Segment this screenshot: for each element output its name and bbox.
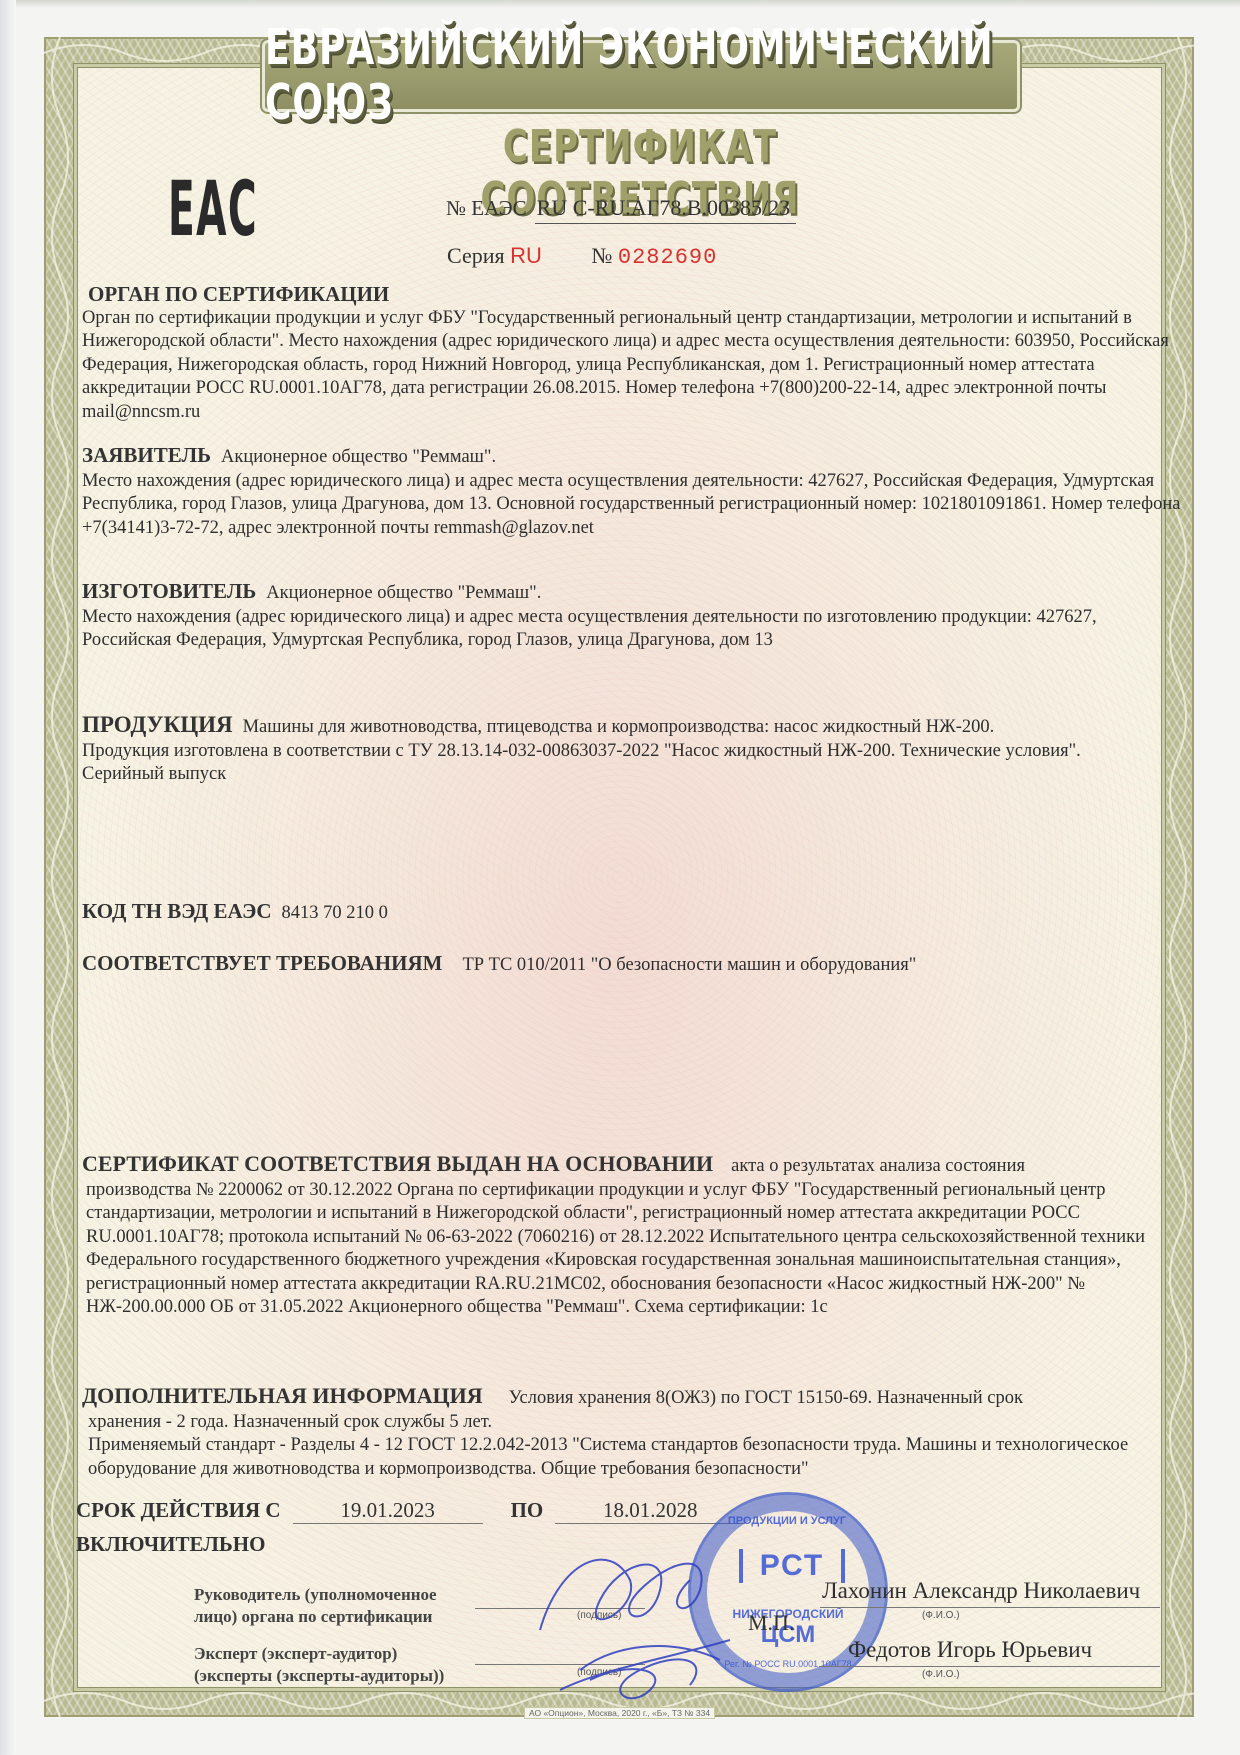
printer-imprint: АО «Опцион», Москва, 2020 г., «Б», ТЗ № …	[524, 1707, 715, 1719]
head-label-line2: лицо) органа по сертификации	[194, 1606, 437, 1628]
section-manufacturer: ИЗГОТОВИТЕЛЬАкционерное общество "Реммаш…	[82, 580, 1182, 653]
product-name: Машины для животноводства, птицеводства …	[243, 717, 995, 737]
section-hs-code: КОД ТН ВЭД ЕАЭС8413 70 210 0	[82, 900, 1182, 926]
requirements-value: ТР ТС 010/2011 "О безопасности машин и о…	[462, 955, 916, 975]
manufacturer-heading: ИЗГОТОВИТЕЛЬ	[82, 579, 256, 603]
expert-name-caption: (Ф.И.О.)	[922, 1669, 960, 1680]
scan-left-edge	[0, 0, 16, 1755]
expert-label-line1: Эксперт (эксперт-аудитор)	[194, 1643, 444, 1665]
extra-line2: хранения - 2 года. Назначенный срок служ…	[82, 1411, 1182, 1435]
series-value: RU	[510, 243, 542, 268]
seal-label: М.П.	[748, 1610, 794, 1636]
eac-mark-icon: EAC	[168, 166, 258, 254]
expert-label-line2: (эксперты (эксперты-аудиторы))	[194, 1665, 444, 1687]
validity-period: СРОК ДЕЙСТВИЯ С19.01.2023ПО18.01.2028 ВК…	[76, 1498, 759, 1557]
product-heading: ПРОДУКЦИЯ	[82, 712, 233, 737]
manufacturer-name: Акционерное общество "Реммаш".	[266, 583, 541, 603]
code-heading: КОД ТН ВЭД ЕАЭС	[82, 899, 272, 923]
applicant-text: Место нахождения (адрес юридического лиц…	[82, 470, 1182, 541]
head-signatory-label: Руководитель (уполномоченное лицо) орган…	[194, 1584, 437, 1628]
section-product: ПРОДУКЦИЯМашины для животноводства, птиц…	[82, 713, 1182, 787]
product-release: Серийный выпуск	[82, 763, 1182, 787]
requirements-heading: СООТВЕТСТВУЕТ ТРЕБОВАНИЯМ	[82, 951, 442, 975]
validity-from-label: СРОК ДЕЙСТВИЯ С	[76, 1498, 281, 1522]
expert-signatory-label: Эксперт (эксперт-аудитор) (эксперты (экс…	[194, 1643, 444, 1687]
registration-number-row: № ЕАЭСRU C-RU.АГ78.В.00385/23	[446, 195, 796, 224]
blank-number: 0282690	[618, 245, 717, 270]
blank-number-label: №	[591, 243, 612, 268]
applicant-heading: ЗАЯВИТЕЛЬ	[82, 443, 211, 467]
organ-text: Орган по сертификации продукции и услуг …	[82, 307, 1182, 425]
reg-number: RU C-RU.АГ78.В.00385/23	[535, 195, 797, 224]
section-certification-body: ОРГАН ПО СЕРТИФИКАЦИИ Орган по сертифика…	[82, 283, 1182, 424]
extra-line3: Применяемый стандарт - Разделы 4 - 12 ГО…	[82, 1434, 1182, 1481]
expert-name: Федотов Игорь Юрьевич	[848, 1637, 1092, 1663]
organ-heading: ОРГАН ПО СЕРТИФИКАЦИИ	[88, 283, 1172, 307]
union-banner: ЕВРАЗИЙСКИЙ ЭКОНОМИЧЕСКИЙ СОЮЗ	[262, 40, 1020, 112]
head-label-line1: Руководитель (уполномоченное	[194, 1584, 437, 1606]
validity-to-label: ПО	[511, 1498, 544, 1522]
section-requirements: СООТВЕТСТВУЕТ ТРЕБОВАНИЯМТР ТС 010/2011 …	[82, 952, 1182, 978]
head-signature-caption: (подпись)	[577, 1610, 621, 1621]
code-value: 8413 70 210 0	[282, 903, 388, 923]
expert-signature-caption: (подпись)	[577, 1667, 621, 1678]
section-issued-basis: СЕРТИФИКАТ СООТВЕТСТВИЯ ВЫДАН НА ОСНОВАН…	[82, 1152, 1182, 1320]
basis-heading: СЕРТИФИКАТ СООТВЕТСТВИЯ ВЫДАН НА ОСНОВАН…	[82, 1151, 713, 1176]
basis-lead: акта о результатах анализа состояния	[731, 1156, 1025, 1176]
product-text: Продукция изготовлена в соответствии с Т…	[82, 740, 1182, 764]
scan-top-edge	[0, 0, 1240, 8]
head-name: Лахонин Александр Николаевич	[822, 1578, 1140, 1604]
reg-label: № ЕАЭС	[446, 196, 527, 220]
section-additional-info: ДОПОЛНИТЕЛЬНАЯ ИНФОРМАЦИЯУсловия хранени…	[82, 1384, 1182, 1481]
basis-text: производства № 2200062 от 30.12.2022 Орг…	[82, 1179, 1182, 1320]
applicant-name: Акционерное общество "Реммаш".	[221, 447, 496, 467]
stamp-reg: Рег. № РОСС RU.0001.10АГ78	[721, 1659, 855, 1669]
stamp-ring-text: ПРОДУКЦИИ И УСЛУГ	[717, 1515, 857, 1527]
series-label: Серия	[447, 243, 505, 268]
extra-lead: Условия хранения 8(ОЖ3) по ГОСТ 15150-69…	[509, 1388, 1023, 1408]
head-name-caption: (Ф.И.О.)	[922, 1610, 960, 1621]
validity-inclusive: ВКЛЮЧИТЕЛЬНО	[76, 1532, 759, 1557]
manufacturer-text: Место нахождения (адрес юридического лиц…	[82, 606, 1182, 653]
validity-from-date: 19.01.2023	[293, 1498, 483, 1524]
series-row: Серия RU № 0282690	[447, 243, 717, 270]
section-applicant: ЗАЯВИТЕЛЬАкционерное общество "Реммаш". …	[82, 444, 1182, 540]
head-name-line	[820, 1607, 1160, 1608]
expert-name-line	[820, 1666, 1160, 1667]
expert-signature-line	[475, 1664, 645, 1665]
extra-heading: ДОПОЛНИТЕЛЬНАЯ ИНФОРМАЦИЯ	[82, 1383, 483, 1408]
head-signature-line	[475, 1608, 645, 1609]
union-name: ЕВРАЗИЙСКИЙ ЭКОНОМИЧЕСКИЙ СОЮЗ	[265, 21, 1017, 132]
